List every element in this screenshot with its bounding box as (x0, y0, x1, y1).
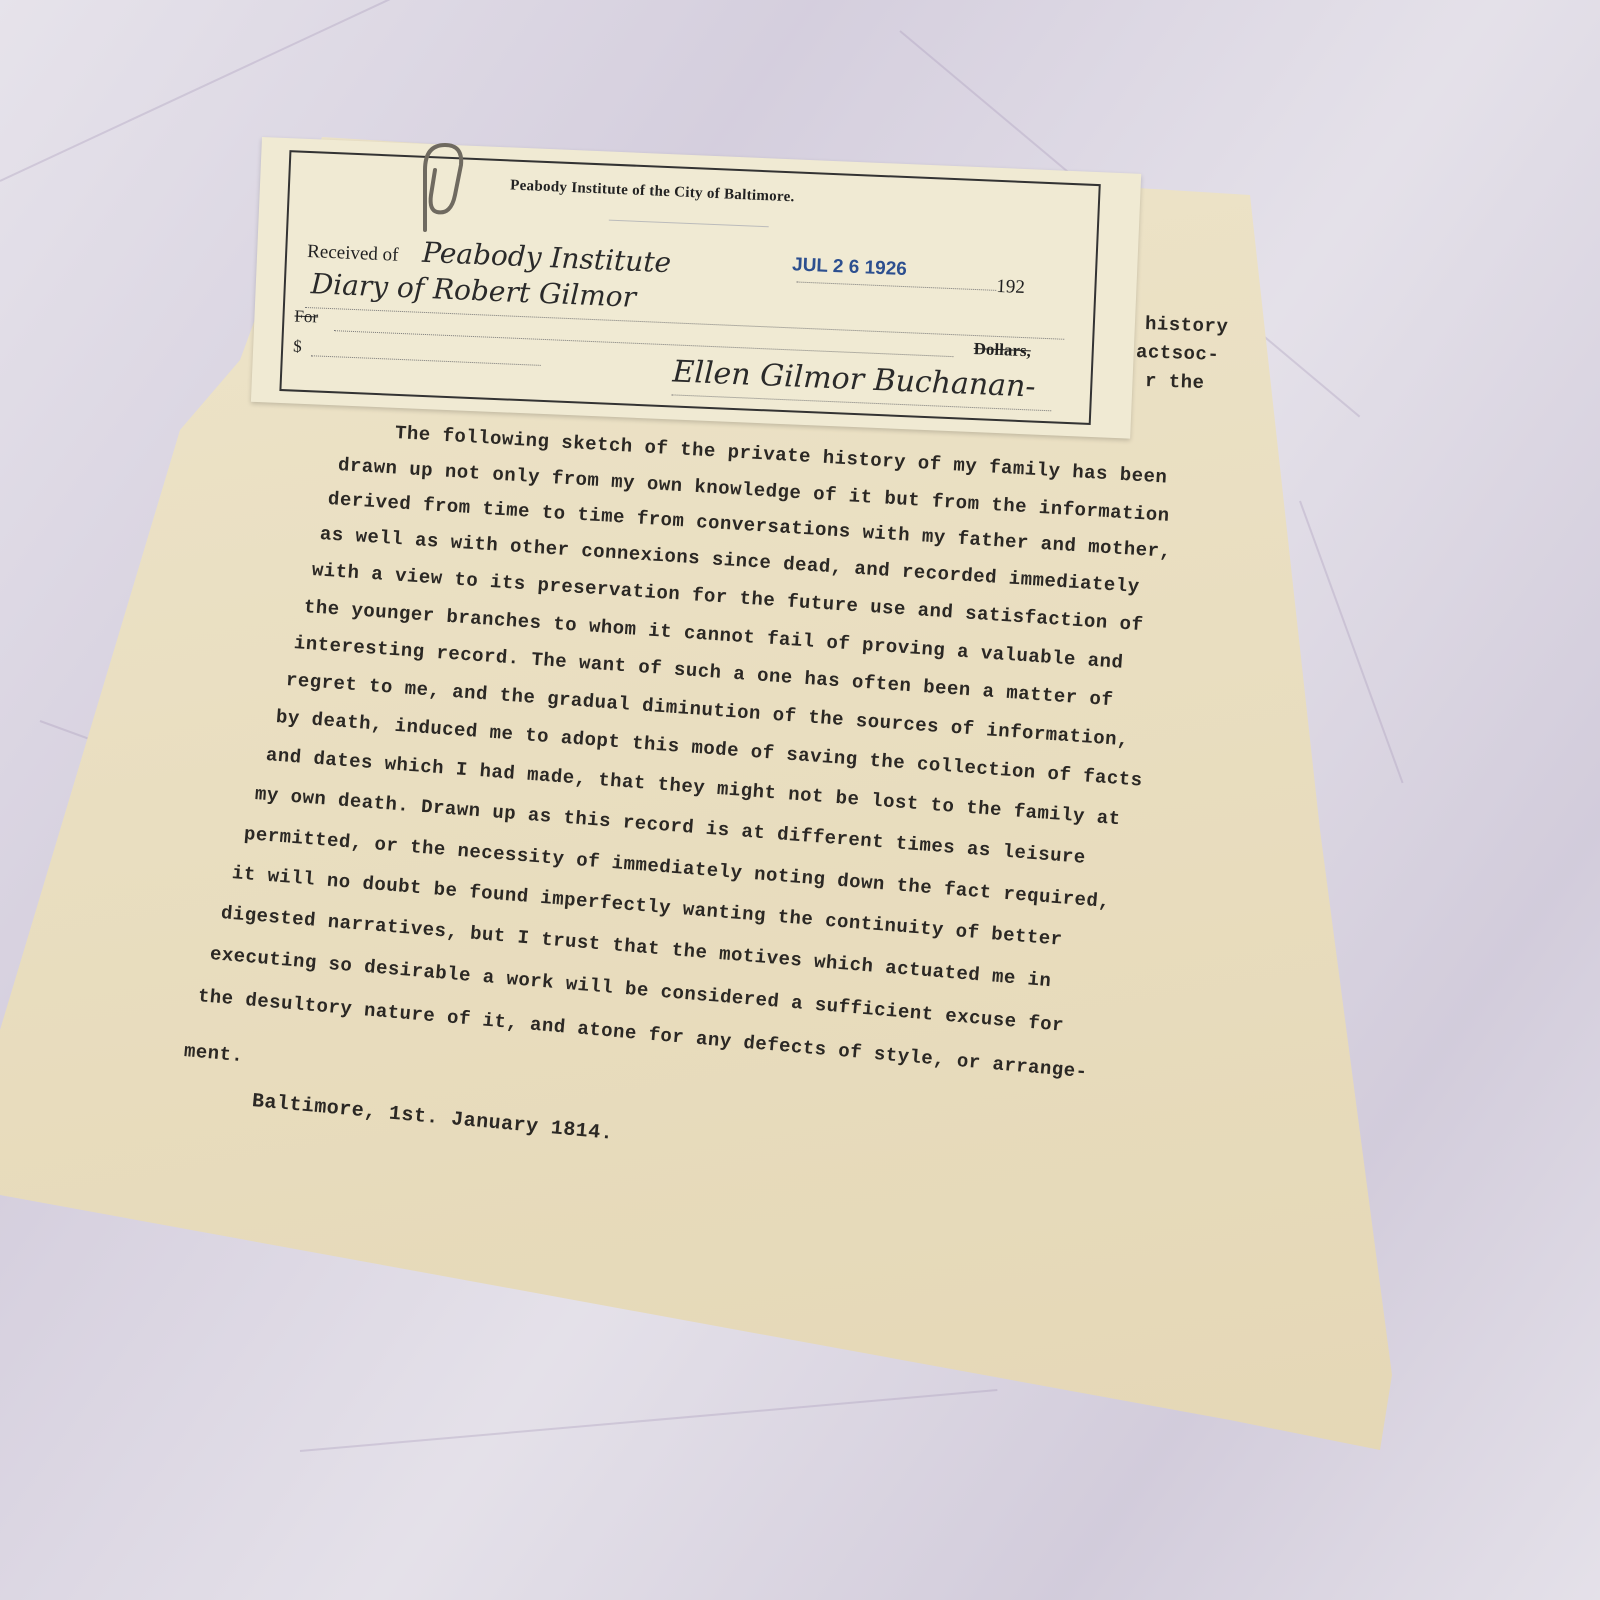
received-of-label: Received of (307, 241, 399, 267)
dollar-sign: $ (293, 337, 302, 357)
for-label: For (294, 307, 318, 328)
partial-line: actsoc- (1136, 341, 1220, 366)
receipt-slip: Peabody Institute of the City of Baltimo… (251, 137, 1141, 439)
body-line: ment. (183, 1040, 244, 1067)
partial-line: history (1145, 313, 1229, 338)
partial-line: r the (1145, 370, 1205, 394)
year-prefix: 192 (996, 276, 1025, 299)
signoff-line: Baltimore, 1st. January 1814. (251, 1090, 614, 1146)
dollars-label: Dollars, (973, 339, 1031, 361)
paper-clip-icon (415, 140, 465, 235)
